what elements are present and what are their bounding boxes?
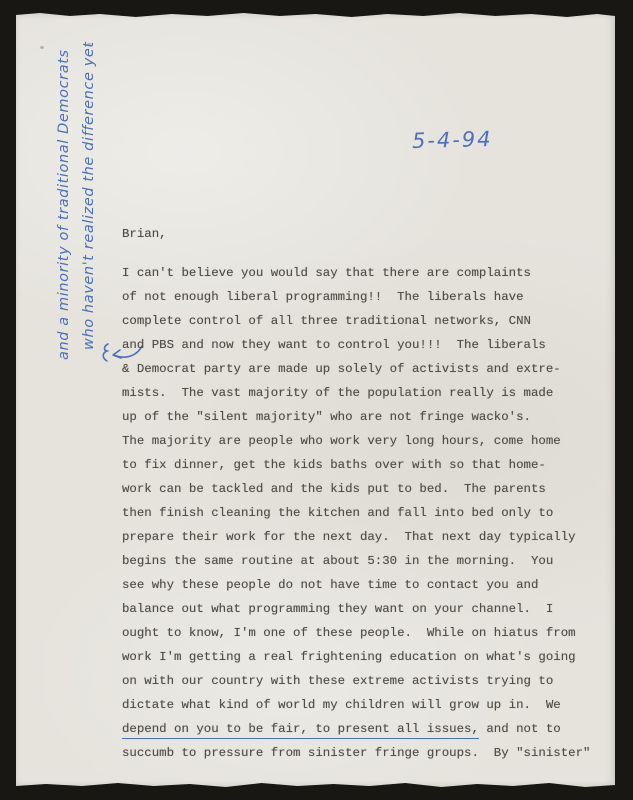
letter-line: dictate what kind of world my children w… [122, 693, 602, 717]
margin-note-line2: who haven't realized the difference yet [77, 24, 102, 360]
paper-speck [40, 46, 44, 49]
line-remainder: and not to [479, 722, 561, 736]
letter-line: succumb to pressure from sinister fringe… [122, 741, 602, 765]
letter-line: to fix dinner, get the kids baths over w… [122, 453, 602, 477]
letter-lines: I can't believe you would say that there… [122, 261, 602, 765]
letter-line: work I'm getting a real frightening educ… [122, 645, 602, 669]
letter-line: up of the "silent majority" who are not … [122, 405, 602, 429]
letter-line: then finish cleaning the kitchen and fal… [122, 501, 602, 525]
letter-line: on with our country with these extreme a… [122, 669, 602, 693]
margin-note: and a minority of traditional Democrats … [52, 24, 104, 360]
letter-line: prepare their work for the next day. Tha… [122, 525, 602, 549]
letter-paper: 5-4-94 and a minority of traditional Dem… [16, 12, 615, 788]
letter-line: depend on you to be fair, to present all… [122, 717, 602, 741]
letter-line: and PBS and now they want to control you… [122, 333, 602, 357]
handwritten-date: 5-4-94 [412, 127, 493, 153]
letter-line: see why these people do not have time to… [122, 573, 602, 597]
letter-line: ought to know, I'm one of these people. … [122, 621, 602, 645]
letter-line: The majority are people who work very lo… [122, 429, 602, 453]
letter-body: Brian, I can't believe you would say tha… [122, 222, 602, 765]
letter-line: I can't believe you would say that there… [122, 261, 602, 285]
margin-note-line1: and a minority of traditional Democrats [52, 24, 77, 360]
letter-line: mists. The vast majority of the populati… [122, 381, 602, 405]
letter-salutation: Brian, [122, 222, 602, 246]
scanned-letter: 5-4-94 and a minority of traditional Dem… [0, 0, 633, 800]
letter-line: work can be tackled and the kids put to … [122, 477, 602, 501]
underlined-text: depend on you to be fair, to present all… [122, 722, 479, 739]
letter-line: begins the same routine at about 5:30 in… [122, 549, 602, 573]
letter-line: complete control of all three traditiona… [122, 309, 602, 333]
letter-line: of not enough liberal programming!! The … [122, 285, 602, 309]
letter-line: balance out what programming they want o… [122, 597, 602, 621]
letter-line: & Democrat party are made up solely of a… [122, 357, 602, 381]
